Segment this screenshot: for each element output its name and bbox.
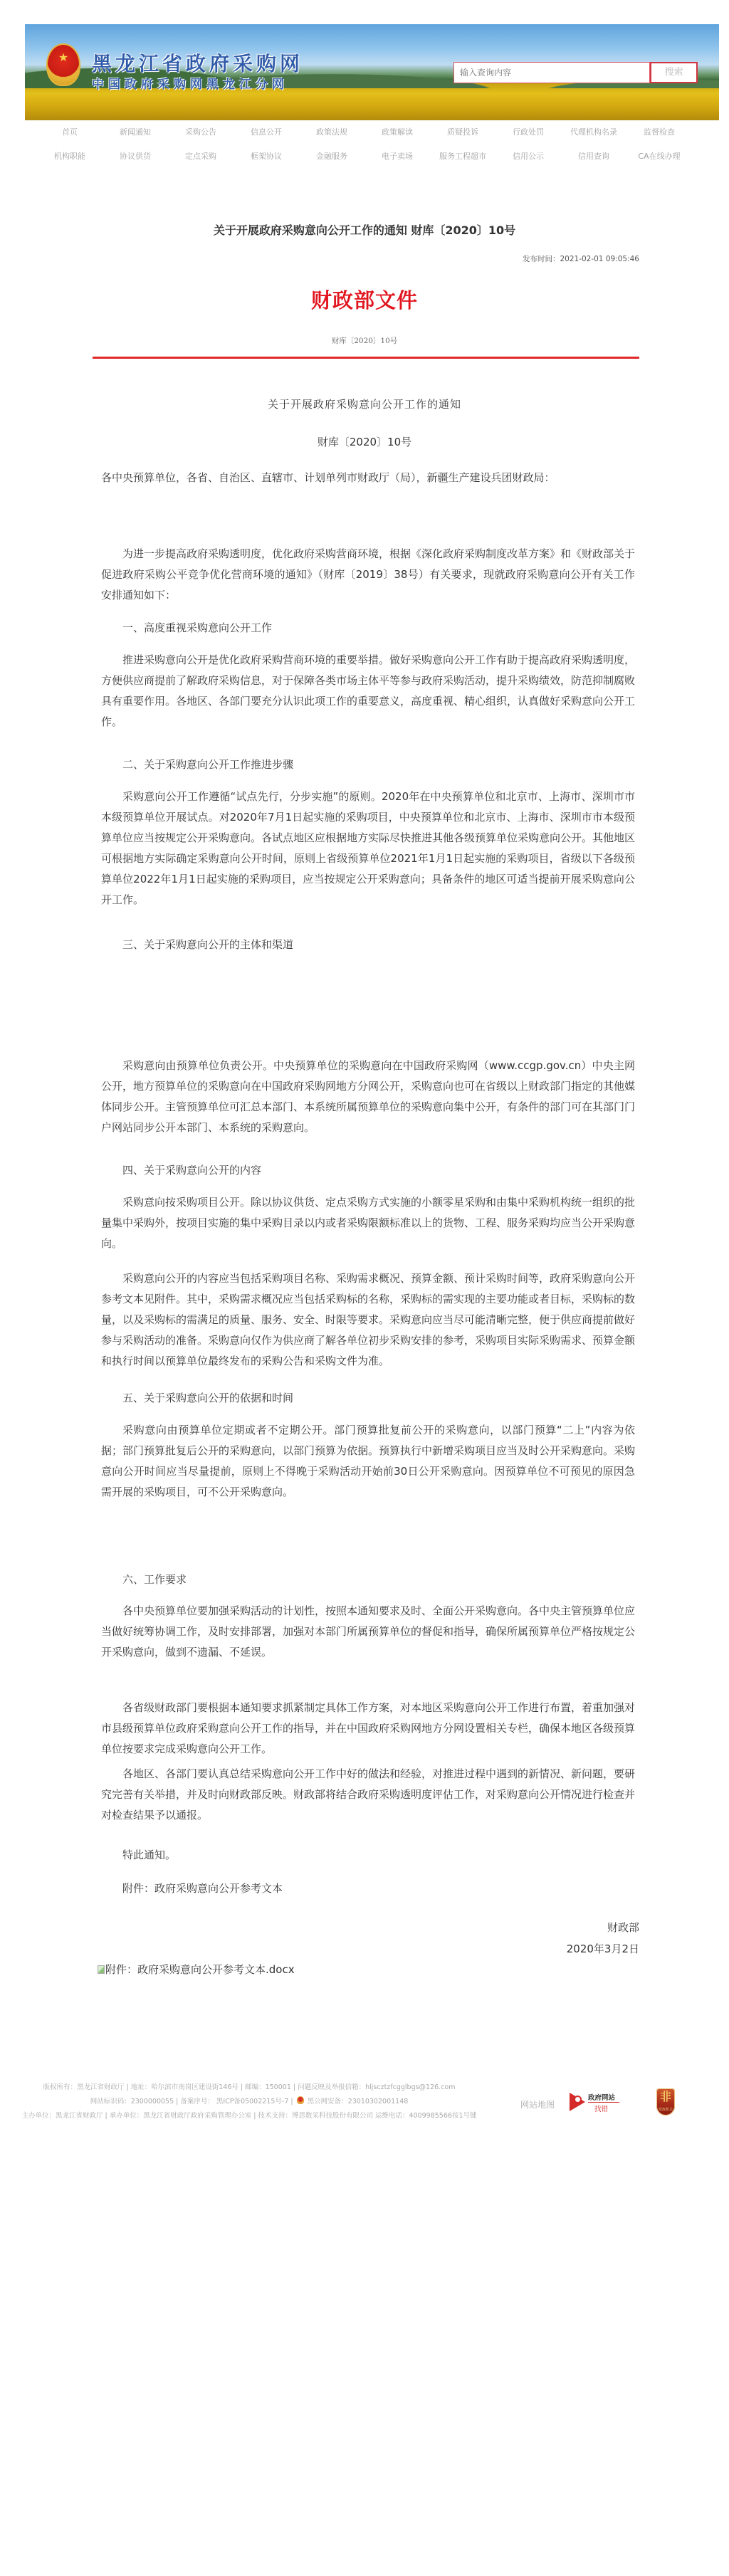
nav-item-financial-services[interactable]: 金融服务 [299,149,364,164]
attachment-filename[interactable]: 附件：政府采购意向公开参考文本.docx [105,1962,295,1977]
main-nav-row-1: 首页 新闻通知 采购公告 信息公开 政策法规 政策解读 质疑投诉 行政处罚 代理… [37,125,692,140]
page-title: 关于开展政府采购意向公开工作的通知 财库〔2020〕10号 [0,221,729,238]
attachment-note: 附件：政府采购意向公开参考文本 [122,1881,283,1896]
nav-item-ca-online[interactable]: CA在线办理 [626,149,692,164]
section-6-paragraph-3: 各地区、各部门要认真总结采购意向公开工作中好的做法和经验，对推进过程中遇到的新情… [101,1764,635,1826]
sitemap-link[interactable]: 网站地图 [520,2098,555,2110]
nav-item-home[interactable]: 首页 [37,125,103,140]
nav-item-penalties[interactable]: 行政处罚 [495,125,561,140]
national-emblem-icon: ★ [46,43,80,86]
section-heading-6: 六、工作要求 [122,1572,187,1587]
section-heading-1: 一、高度重视采购意向公开工作 [122,620,272,635]
section-6-paragraph-1: 各中央预算单位要加强采购活动的计划性，按照本通知要求及时、全面公开采购意向。各中… [101,1601,635,1663]
footer-copyright: 版权所有：黑龙江省财政厅 | 地址：哈尔滨市南岗区建设街146号 | 邮编：15… [0,2081,498,2091]
footer-icp[interactable]: 网站标识码：2300000055 | 备案序号： 黑ICP备05002215号-… [90,2098,293,2106]
nav-item-functions[interactable]: 机构职能 [37,149,103,164]
nav-item-procurement-notices[interactable]: 采购公告 [168,125,234,140]
public-security-badge-icon [297,2096,304,2104]
nav-item-complaints[interactable]: 质疑投诉 [430,125,495,140]
addressee: 各中央预算单位，各省、自治区、直辖市、计划单列市财政厅（局），新疆生产建设兵团财… [101,468,635,488]
section-heading-2: 二、关于采购意向公开工作推进步骤 [122,757,293,772]
section-heading-4: 四、关于采购意向公开的内容 [122,1162,261,1177]
main-nav-row-2: 机构职能 协议供货 定点采购 框架协议 金融服务 电子卖场 服务工程超市 信用公… [37,149,692,164]
nav-item-e-mall[interactable]: 电子卖场 [364,149,430,164]
document-title: 关于开展政府采购意向公开工作的通知 [0,396,729,411]
nav-item-framework-agreement[interactable]: 框架协议 [234,149,299,164]
section-4-paragraph-1: 采购意向按采购项目公开。除以协议供货、定点采购方式实施的小额零星采购和由集中采购… [101,1192,635,1254]
section-3-paragraph-1: 采购意向由预算单位负责公开。中央预算单位的采购意向在中国政府采购网（www.cc… [101,1056,635,1138]
signature: 财政部 [607,1920,639,1935]
nav-item-news[interactable]: 新闻通知 [103,125,168,140]
nav-item-service-supermarket[interactable]: 服务工程超市 [430,149,495,164]
party-government-agency-badge[interactable]: ⾮ 党政机关 [656,2088,675,2115]
section-1-paragraph-1: 推进采购意向公开是优化政府采购营商环境的重要举措。做好采购意向公开工作有助于提高… [101,650,635,732]
signature-date: 2020年3月2日 [567,1941,639,1956]
search-button[interactable]: 搜索 [650,62,698,83]
site-title[interactable]: 黑龙江省政府采购网 [92,48,303,77]
footer-organizer: 主办单位：黑龙江省财政厅 | 承办单位：黑龙江省财政厅政府采购管理办公室 | 技… [0,2110,498,2120]
nav-item-agreement-supply[interactable]: 协议供货 [103,149,168,164]
nav-item-designated-procurement[interactable]: 定点采购 [168,149,234,164]
intro-paragraph: 为进一步提高政府采购透明度，优化政府采购营商环境，根据《深化政府采购制度改革方案… [101,544,635,606]
nav-item-info-disclosure[interactable]: 信息公开 [234,125,299,140]
nav-item-policy-interpretation[interactable]: 政策解读 [364,125,430,140]
nav-item-policies[interactable]: 政策法规 [299,125,364,140]
find-error-rule [588,2102,619,2103]
nav-item-credit-query[interactable]: 信用查询 [561,149,626,164]
site-subtitle: 中国政府采购网黑龙江分网 [92,74,288,92]
nav-item-supervision[interactable]: 监督检查 [626,125,692,140]
broken-image-icon [98,1965,105,1974]
document-number: 财库〔2020〕10号 [0,434,729,449]
document-number-top: 财库〔2020〕10号 [0,335,729,346]
party-badge-icon: ⾮ [656,2091,675,2103]
party-badge-label: 党政机关 [656,2107,675,2112]
attachment-download-link[interactable]: 附件：政府采购意向公开参考文本.docx [98,1962,295,1977]
footer-public-security[interactable]: 黑公网安备：23010302001148 [308,2098,409,2106]
search-input[interactable] [453,62,650,83]
section-6-paragraph-2: 各省级财政部门要根据本通知要求抓紧制定具体工作方案，对本地区采购意向公开工作进行… [101,1698,635,1760]
nav-item-agency-directory[interactable]: 代理机构名录 [561,125,626,140]
document-red-heading: 财政部文件 [0,285,729,314]
section-5-paragraph-1: 采购意向由预算单位定期或者不定期公开。部门预算批复前公开的采购意向，以部门预算“… [101,1420,635,1503]
find-error-line1: 政府网站 [588,2092,615,2102]
gov-site-find-error-button[interactable]: 政府网站 找错 [570,2091,626,2113]
closing-text: 特此通知。 [122,1847,176,1862]
section-2-paragraph-1: 采购意向公开工作遵循“试点先行，分步实施”的原则。2020年在中央预算单位和北京… [101,787,635,910]
publish-time-value: 2021-02-01 09:05:46 [560,255,639,263]
magnifier-icon [574,2096,582,2103]
find-error-line2: 找错 [594,2103,608,2113]
publish-time-label: 发布时间： [523,255,560,263]
red-divider [93,357,639,359]
footer-registration: 网站标识码：2300000055 | 备案序号： 黑ICP备05002215号-… [0,2096,498,2106]
section-heading-5: 五、关于采购意向公开的依据和时间 [122,1390,293,1405]
section-4-paragraph-2: 采购意向公开的内容应当包括采购项目名称、采购需求概况、预算金额、预计采购时间等，… [101,1268,635,1372]
publish-time: 发布时间：2021-02-01 09:05:46 [523,253,639,264]
nav-item-credit-publicity[interactable]: 信用公示 [495,149,561,164]
section-heading-3: 三、关于采购意向公开的主体和渠道 [122,937,293,952]
